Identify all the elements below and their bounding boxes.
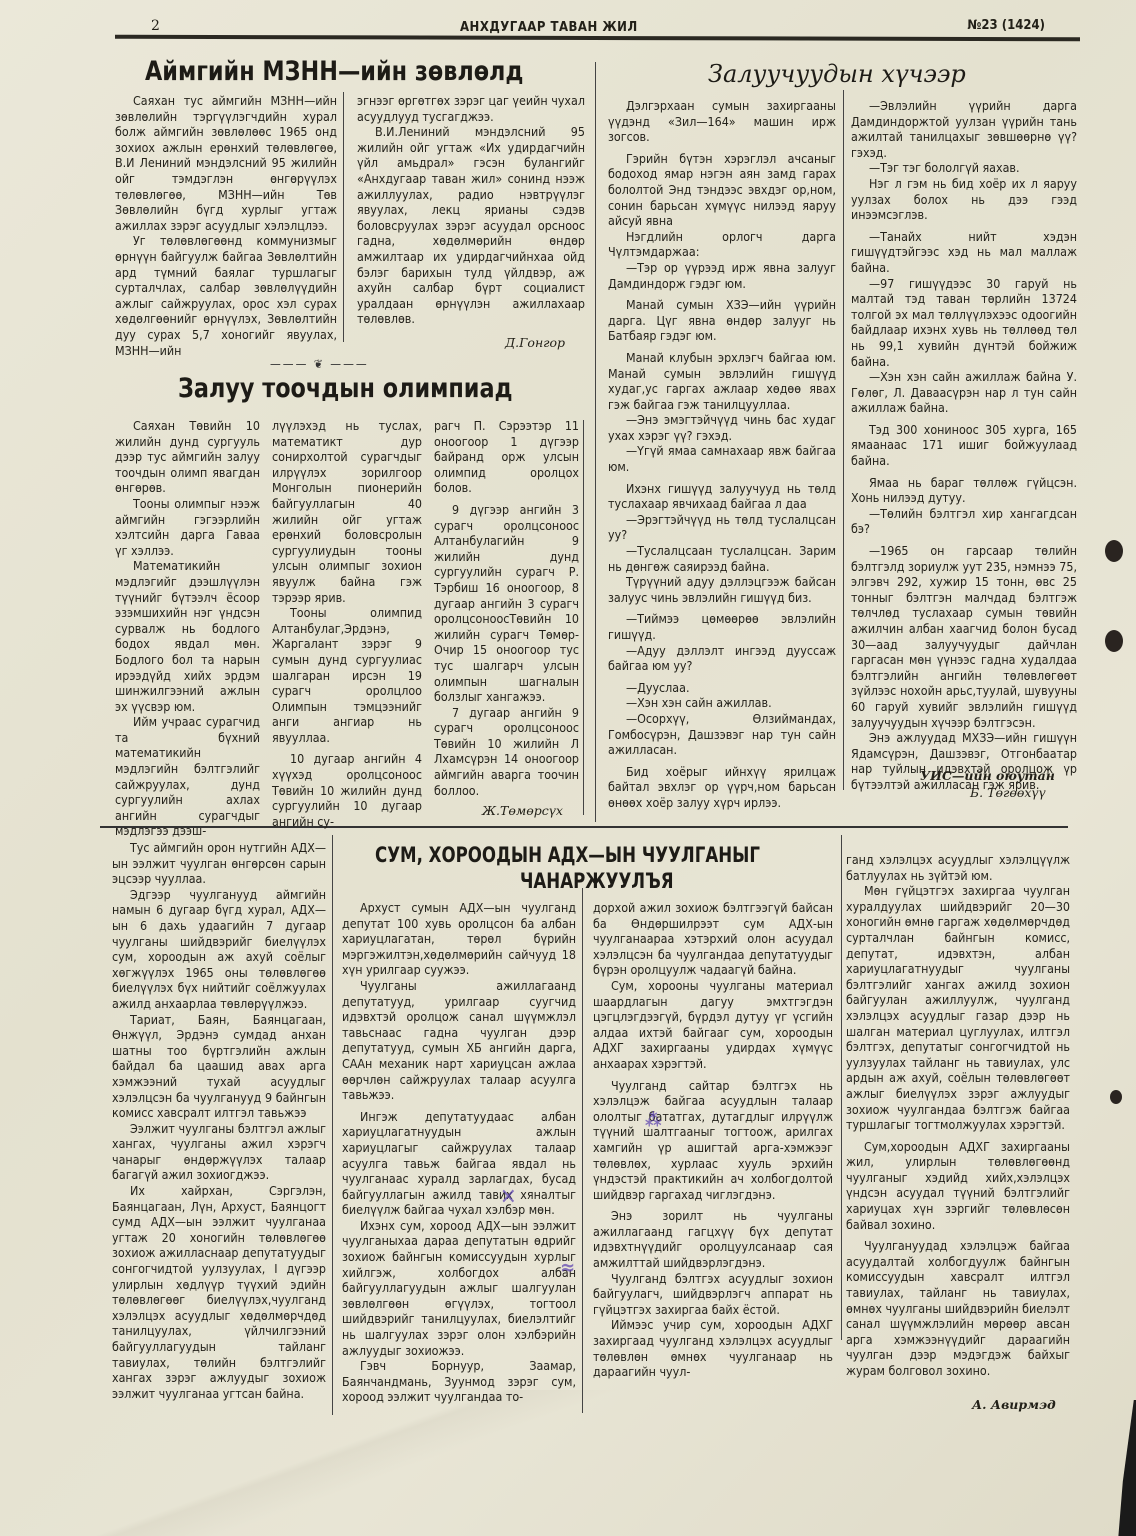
article3-col1: Саяхан Төвийн 10 жилийн дунд сургууль дэ… — [115, 418, 260, 839]
article4-col1: Тус аймгийн орон нутгийн АДХ—ын ээлжит ч… — [112, 840, 326, 1401]
paragraph: Сум, хорооны чуулганы материал шаардлагы… — [593, 978, 833, 1072]
paragraph: Иймээс учир сум, хороодын АДХГ захиргаад… — [593, 1317, 833, 1379]
article1-byline: Д.Гонгор — [505, 335, 565, 350]
paragraph: Ихэнх гишүүд залуучууд нь төлд туслахаар… — [608, 481, 836, 512]
divider-article4-b — [582, 888, 583, 1413]
paper-fold-shadow — [0, 1390, 620, 1536]
article4-headline-line1: СУМ, ХОРООДЫН АДХ—ЫН ЧУУЛГАНЫГ — [375, 843, 760, 867]
paragraph: —Осорхүү, Өлзиймандах, Гомбосүрэн, Дашзэ… — [608, 711, 836, 758]
paragraph: Гэрийн бүтэн хэрэглэл ачсаныг бодоход ям… — [608, 151, 836, 229]
divider-main — [595, 62, 596, 822]
divider-article3 — [583, 420, 584, 815]
paragraph: Ийм учраас сурагчид та бүхний математики… — [115, 714, 260, 839]
divider-article4-a — [332, 835, 333, 1415]
paragraph: —Хэн хэн сайн ажиллаж байна У. Гөлөг, Л.… — [851, 369, 1077, 416]
paragraph: 10 дугаар ангийн 4 хүүхэд оролцсоноос Тө… — [272, 751, 422, 829]
paragraph: Их хайрхан, Сэргэлэн, Баянцагаан, Лүн, А… — [112, 1183, 326, 1401]
article4-byline: А. Авирмэд — [972, 1397, 1056, 1412]
article1-col1: Саяхан тус аймгийн МЗНН—ийн зөвлөлийн тэ… — [115, 93, 337, 358]
paragraph: Чуулганд бэлтгэх асуудлыг зохион байгуул… — [593, 1271, 833, 1318]
paragraph: Нэгдлийн орлогч дарга Чүлтэмдаржаа: — [608, 229, 836, 260]
paragraph: Математикийн мэдлэгийг дээшлүүлэн түүний… — [115, 558, 260, 714]
paragraph: Ихэнх сум, хороод АДХ—ын ээлжит чуулганы… — [342, 1218, 576, 1358]
paragraph: дорхой ажил зохиож бэлтгээгүй байсан ба … — [593, 900, 833, 978]
paragraph: —Үгүй ямаа самнахаар явж байгаа юм. — [608, 443, 836, 474]
paragraph: лүүлэхэд нь туслах, математикт дур сонир… — [272, 418, 422, 605]
paragraph: Манай сумын ХЗЭ—ийн үүрийн дарга. Цүг яв… — [608, 297, 836, 344]
paragraph: Бид хоёрыг ийнхүү ярилцаж байтал эвхлэг … — [608, 764, 836, 811]
paragraph: Ямаа нь бараг төллөж гүйцсэн. Хонь нилээ… — [851, 475, 1077, 506]
article2-headline: Залуучуудын хүчээр — [708, 60, 966, 88]
paragraph: Сум,хороодын АДХГ захиргааны жил, улирлы… — [846, 1139, 1070, 1233]
paragraph: —Дууслаа. — [608, 680, 836, 696]
punch-hole — [1105, 630, 1123, 652]
paragraph: —1965 он гарсаар төлийн бэлтгэлд зориулж… — [851, 543, 1077, 730]
punch-hole — [1105, 540, 1123, 562]
paragraph: Мөн гүйцэтгэх захиргаа чуулган хуралдуул… — [846, 883, 1070, 1133]
paragraph: Тооны олимпид Алтанбулаг,Эрдэнэ, Жаргала… — [272, 605, 422, 745]
article4-col4: ганд хэлэлцэх асуудлыг хэлэлцүүлж батлуу… — [846, 852, 1070, 1379]
paragraph: Гэвч Борнуур, Заамар, Баянчандмань, Зуун… — [342, 1358, 576, 1405]
paper-title: АНХДУГААР ТАВАН ЖИЛ — [460, 20, 638, 35]
paragraph: Саяхан тус аймгийн МЗНН—ийн зөвлөлийн тэ… — [115, 93, 337, 233]
paragraph: Архуст сумын АДХ—ын чуулганд депутат 100… — [342, 900, 576, 978]
ink-mark: ≈ — [560, 1255, 575, 1279]
article2-byline-affiliation: УИС—ийн оюутан — [920, 768, 1055, 783]
paragraph: 7 дугаар ангийн 9 сурагч оролцсоноос Төв… — [434, 705, 579, 799]
paragraph: ганд хэлэлцэх асуудлыг хэлэлцүүлж батлуу… — [846, 852, 1070, 883]
paragraph: Чуулгануудад хэлэлцэж байгаа асуудалтай … — [846, 1238, 1070, 1378]
article2-col1: Дэлгэрхаан сумын захиргааны үүдэнд «Зил—… — [608, 98, 836, 811]
paragraph: Нэг л гэм нь бид хоёр их л яаруу уулзах … — [851, 176, 1077, 223]
paragraph: —97 гишүүдээс 30 гаруй нь малтай тэд тав… — [851, 276, 1077, 370]
paragraph: —Туслалцсаан туслалцсан. Зарим нь дөнгөж… — [608, 543, 836, 574]
paragraph: —Тиймээ цөмөөрөө эвлэлийн гишүүд. — [608, 611, 836, 642]
paragraph: Тус аймгийн орон нутгийн АДХ—ын ээлжит ч… — [112, 840, 326, 887]
paragraph: —Адуу дэллэлт ингээд дууссаж байгаа юм у… — [608, 643, 836, 674]
paragraph: Тэд 300 хониноос 305 хурга, 165 ямаанаас… — [851, 422, 1077, 469]
ink-mark: ⁂ — [645, 1110, 662, 1131]
paragraph: рагч П. Сэрээтэр 11 оноогоор 1 дүгээр ба… — [434, 418, 579, 496]
article2-byline-author: Б. Төгөөхүү — [970, 785, 1046, 800]
divider-article1 — [343, 92, 344, 342]
paragraph: Манай клубын эрхлэгч байгаа юм. Манай су… — [608, 350, 836, 412]
paragraph: Түрүүний адуу дэллэцгээж байсан залуус ч… — [608, 574, 836, 605]
paragraph: Ингэж депутатуудаас албан хариуцлагатнуу… — [342, 1109, 576, 1218]
article3-headline: Залуу тоочдын олимпиад — [178, 373, 513, 404]
paragraph: —Энэ эмэгтэйчүүд чинь бас худаг ухах хэр… — [608, 412, 836, 443]
punch-hole — [1110, 1090, 1122, 1104]
paragraph: Чуулганд сайтар бэлтгэх нь хэлэлцэж байг… — [593, 1078, 833, 1203]
paragraph: Ээлжит чуулганы бэлтгэл ажлыг хангах, чу… — [112, 1121, 326, 1183]
paragraph: —Төлийн бэлтгэл хир хангагдсан бэ? — [851, 506, 1077, 537]
paragraph: Эдгээр чуулганууд аймгийн намын 6 дугаар… — [112, 887, 326, 1012]
paragraph: Уг төлөвлөгөөнд коммунизмыг өрнүүн байгу… — [115, 233, 337, 358]
paragraph: —Хэн хэн сайн ажиллав. — [608, 695, 836, 711]
ink-mark: ✕ — [500, 1185, 517, 1210]
divider-article4-c — [841, 835, 842, 1340]
paragraph: —Эрэгтэйчүүд нь төлд туслалцсан уу? — [608, 512, 836, 543]
paragraph: —Танайх нийт хэдэн гишүүдтэйгээс хэд нь … — [851, 229, 1077, 276]
article2-col2: —Эвлэлийн үүрийн дарга Дамдиндоржтой уул… — [851, 98, 1077, 793]
paragraph: 9 дүгээр ангийн 3 сурагч оролцсоноос Алт… — [434, 502, 579, 705]
article1-col2: эгнээг өргөтгөх зэрэг цаг үеийн чухал ас… — [357, 93, 585, 327]
article3-col2: лүүлэхэд нь туслах, математикт дур сонир… — [272, 418, 422, 829]
page-number: 2 — [151, 18, 160, 34]
paragraph: Саяхан Төвийн 10 жилийн дунд сургууль дэ… — [115, 418, 260, 496]
paragraph: Энэ зорилт нь чуулганы ажиллагаанд гагцх… — [593, 1208, 833, 1270]
article1-headline: Аймгийн МЗНН—ийн зөвлөлд — [145, 56, 523, 87]
paragraph: эгнээг өргөтгөх зэрэг цаг үеийн чухал ас… — [357, 93, 585, 124]
article4-headline-line2: ЧАНАРЖУУЛЪЯ — [520, 869, 674, 893]
article3-col3: рагч П. Сэрээтэр 11 оноогоор 1 дүгээр ба… — [434, 418, 579, 798]
issue-number: №23 (1424) — [967, 18, 1045, 33]
paragraph: Тооны олимпыг нээж аймгийн гэгээрлийн хэ… — [115, 496, 260, 558]
paragraph: Энэ ажлуудад МХЗЭ—ийн гишүүн Ядамсүрэн, … — [851, 730, 1077, 792]
ornament-divider: ——— ❦ ——— — [270, 357, 369, 371]
paragraph: —Тэг тэг бололгүй яахав. — [851, 160, 1077, 176]
article4-col3: дорхой ажил зохиож бэлтгээгүй байсан ба … — [593, 900, 833, 1380]
paragraph: —Тэр ор үүрээд ирж явна залууг Дамдиндор… — [608, 260, 836, 291]
paragraph: Чуулганы ажиллагаанд депутатууд, урилгаа… — [342, 978, 576, 1103]
paragraph: Тариат, Баян, Баянцагаан, Өнжүүл, Эрдэнэ… — [112, 1012, 326, 1121]
article4-col2: Архуст сумын АДХ—ын чуулганд депутат 100… — [342, 900, 576, 1405]
paragraph: —Эвлэлийн үүрийн дарга Дамдиндоржтой уул… — [851, 98, 1077, 160]
paragraph: В.И.Лениний мэндэлсний 95 жилийн ойг угт… — [357, 124, 585, 327]
divider-article2 — [843, 90, 844, 790]
article3-byline: Ж.Төмөрсүх — [482, 803, 563, 818]
paragraph: Дэлгэрхаан сумын захиргааны үүдэнд «Зил—… — [608, 98, 836, 145]
